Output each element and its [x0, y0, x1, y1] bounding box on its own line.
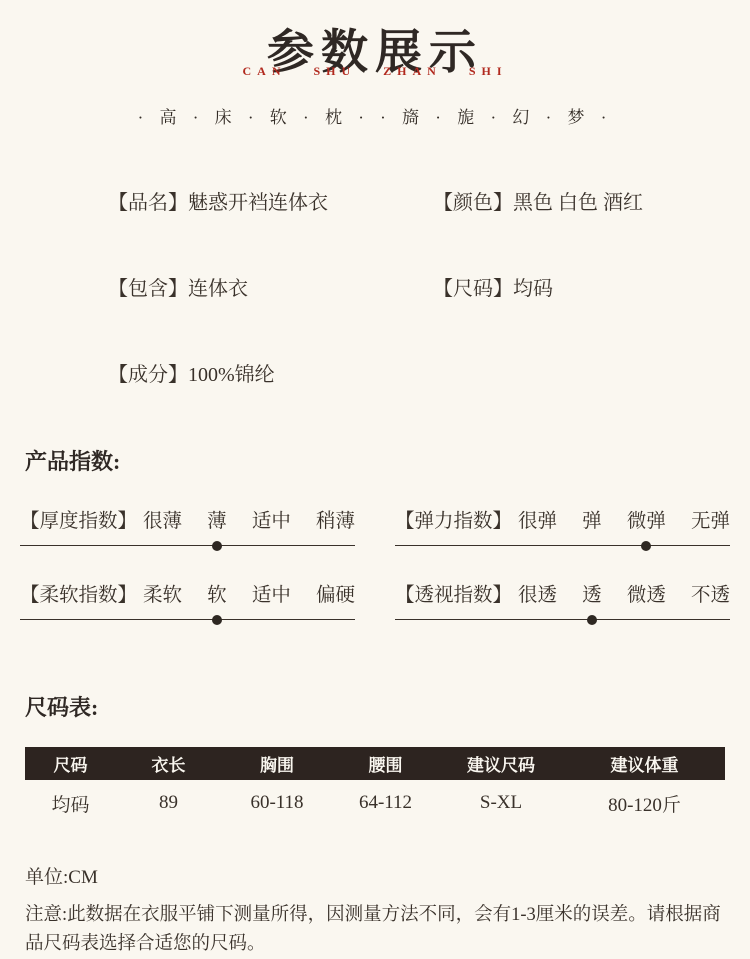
index-option-label: 微透 [627, 585, 666, 606]
index-option: 柔软 [143, 579, 182, 607]
index-option: 不透 [691, 579, 730, 607]
info-row: 【品名】魅惑开裆连体衣 【颜色】黑色 白色 酒红 [0, 186, 750, 215]
index-label: 【弹力指数】 [395, 505, 512, 533]
index-options: 柔软 软 适中 偏硬 [137, 579, 355, 607]
index-option-label: 稍薄 [316, 511, 355, 532]
index-option: 微透 [627, 579, 666, 607]
info-value: 均码 [513, 278, 553, 300]
size-table-header-cell: 建议尺码 [438, 747, 564, 780]
info-item-name: 【品名】魅惑开裆连体衣 [0, 186, 375, 215]
index-option: 很薄 [143, 505, 182, 533]
index-block-elasticity: 【弹力指数】 很弹 弹 微弹 无弹 [395, 505, 730, 546]
index-options: 很薄 薄 适中 稍薄 [137, 505, 355, 533]
info-value: 魅惑开裆连体衣 [188, 192, 328, 214]
size-table-cell: 64-112 [333, 780, 438, 826]
index-option-label: 柔软 [143, 585, 182, 606]
index-label: 【透视指数】 [395, 579, 512, 607]
info-row: 【成分】100%锦纶 [0, 358, 750, 387]
index-options: 很弹 弹 微弹 无弹 [512, 505, 730, 533]
index-option-label: 不透 [691, 585, 730, 606]
info-value: 连体衣 [188, 278, 248, 300]
info-item-size: 【尺码】均码 [375, 272, 750, 301]
index-option-label: 适中 [252, 585, 291, 606]
index-block-softness: 【柔软指数】 柔软 软 适中 偏硬 [20, 579, 355, 620]
index-option: 微弹 [627, 505, 666, 533]
size-table-header-cell: 建议体重 [564, 747, 725, 780]
index-block-thickness: 【厚度指数】 很薄 薄 适中 稍薄 [20, 505, 355, 546]
index-option: 适中 [252, 505, 291, 533]
size-table-cell: 80-120斤 [564, 780, 725, 826]
index-label: 【厚度指数】 [20, 505, 137, 533]
index-option-label: 适中 [252, 511, 291, 532]
index-option-label: 薄 [207, 511, 227, 532]
info-label: 【尺码】 [433, 278, 513, 300]
info-item-empty [375, 358, 750, 387]
index-selected-dot [212, 541, 222, 551]
info-item-material: 【成分】100%锦纶 [0, 358, 375, 387]
index-option-label: 很透 [518, 585, 557, 606]
index-option: 薄 [207, 505, 227, 533]
index-option-label: 弹 [582, 511, 602, 532]
product-index-section: 产品指数: 【厚度指数】 很薄 薄 适中 稍薄 【弹力指数】 很弹 弹 微弹 无… [0, 445, 750, 620]
size-table-cell: 89 [116, 780, 221, 826]
product-parameters-page: 参数展示 CAN SHU ZHAN SHI · 高 · 床 · 软 · 枕 · … [0, 0, 750, 958]
size-table: 尺码 衣长 胸围 腰围 建议尺码 建议体重 均码 89 60-118 64-11… [25, 747, 725, 826]
size-table-cell: S-XL [438, 780, 564, 826]
index-label: 【柔软指数】 [20, 579, 137, 607]
index-option-label: 很薄 [143, 511, 182, 532]
measurement-note: 注意:此数据在衣服平铺下测量所得，因测量方法不同，会有1-3厘米的误差。请根据商… [25, 901, 725, 958]
info-label: 【成分】 [108, 364, 188, 386]
index-selected-dot [587, 615, 597, 625]
index-option: 软 [207, 579, 227, 607]
size-table-header-row: 尺码 衣长 胸围 腰围 建议尺码 建议体重 [25, 747, 725, 780]
index-option-label: 微弹 [627, 511, 666, 532]
size-table-cell: 均码 [25, 780, 116, 826]
page-header: 参数展示 CAN SHU ZHAN SHI · 高 · 床 · 软 · 枕 · … [0, 26, 750, 128]
info-row: 【包含】连体衣 【尺码】均码 [0, 272, 750, 301]
title-subtitle: · 高 · 床 · 软 · 枕 · · 旖 · 旎 · 幻 · 梦 · [0, 103, 750, 128]
size-table-header-cell: 尺码 [25, 747, 116, 780]
size-table-cell: 60-118 [221, 780, 333, 826]
index-option-label: 透 [582, 585, 602, 606]
info-item-contains: 【包含】连体衣 [0, 272, 375, 301]
index-option: 稍薄 [316, 505, 355, 533]
index-option-label: 很弹 [518, 511, 557, 532]
size-table-header-cell: 胸围 [221, 747, 333, 780]
product-index-heading: 产品指数: [25, 445, 750, 476]
index-option-label: 偏硬 [316, 585, 355, 606]
info-label: 【颜色】 [433, 192, 513, 214]
index-grid: 【厚度指数】 很薄 薄 适中 稍薄 【弹力指数】 很弹 弹 微弹 无弹 【柔 [20, 505, 730, 620]
index-option-label: 无弹 [691, 511, 730, 532]
info-item-color: 【颜色】黑色 白色 酒红 [375, 186, 750, 215]
index-selected-dot [212, 615, 222, 625]
size-table-row: 均码 89 60-118 64-112 S-XL 80-120斤 [25, 780, 725, 826]
info-label: 【品名】 [108, 192, 188, 214]
index-option: 无弹 [691, 505, 730, 533]
index-option: 很透 [518, 579, 557, 607]
index-option: 适中 [252, 579, 291, 607]
product-info-section: 【品名】魅惑开裆连体衣 【颜色】黑色 白色 酒红 【包含】连体衣 【尺码】均码 … [0, 186, 750, 387]
info-value: 100%锦纶 [188, 364, 275, 386]
index-options: 很透 透 微透 不透 [512, 579, 730, 607]
index-option: 偏硬 [316, 579, 355, 607]
title-pinyin: CAN SHU ZHAN SHI [0, 64, 750, 79]
index-block-transparency: 【透视指数】 很透 透 微透 不透 [395, 579, 730, 620]
index-option: 弹 [582, 505, 602, 533]
unit-note: 单位:CM [25, 862, 725, 889]
size-chart-section: 尺码表: 尺码 衣长 胸围 腰围 建议尺码 建议体重 均码 89 [0, 691, 750, 958]
index-option: 很弹 [518, 505, 557, 533]
index-option-label: 软 [207, 585, 227, 606]
size-table-header-cell: 腰围 [333, 747, 438, 780]
size-chart-heading: 尺码表: [25, 691, 750, 722]
index-option: 透 [582, 579, 602, 607]
info-value: 黑色 白色 酒红 [513, 192, 643, 214]
index-selected-dot [641, 541, 651, 551]
size-table-header-cell: 衣长 [116, 747, 221, 780]
info-label: 【包含】 [108, 278, 188, 300]
